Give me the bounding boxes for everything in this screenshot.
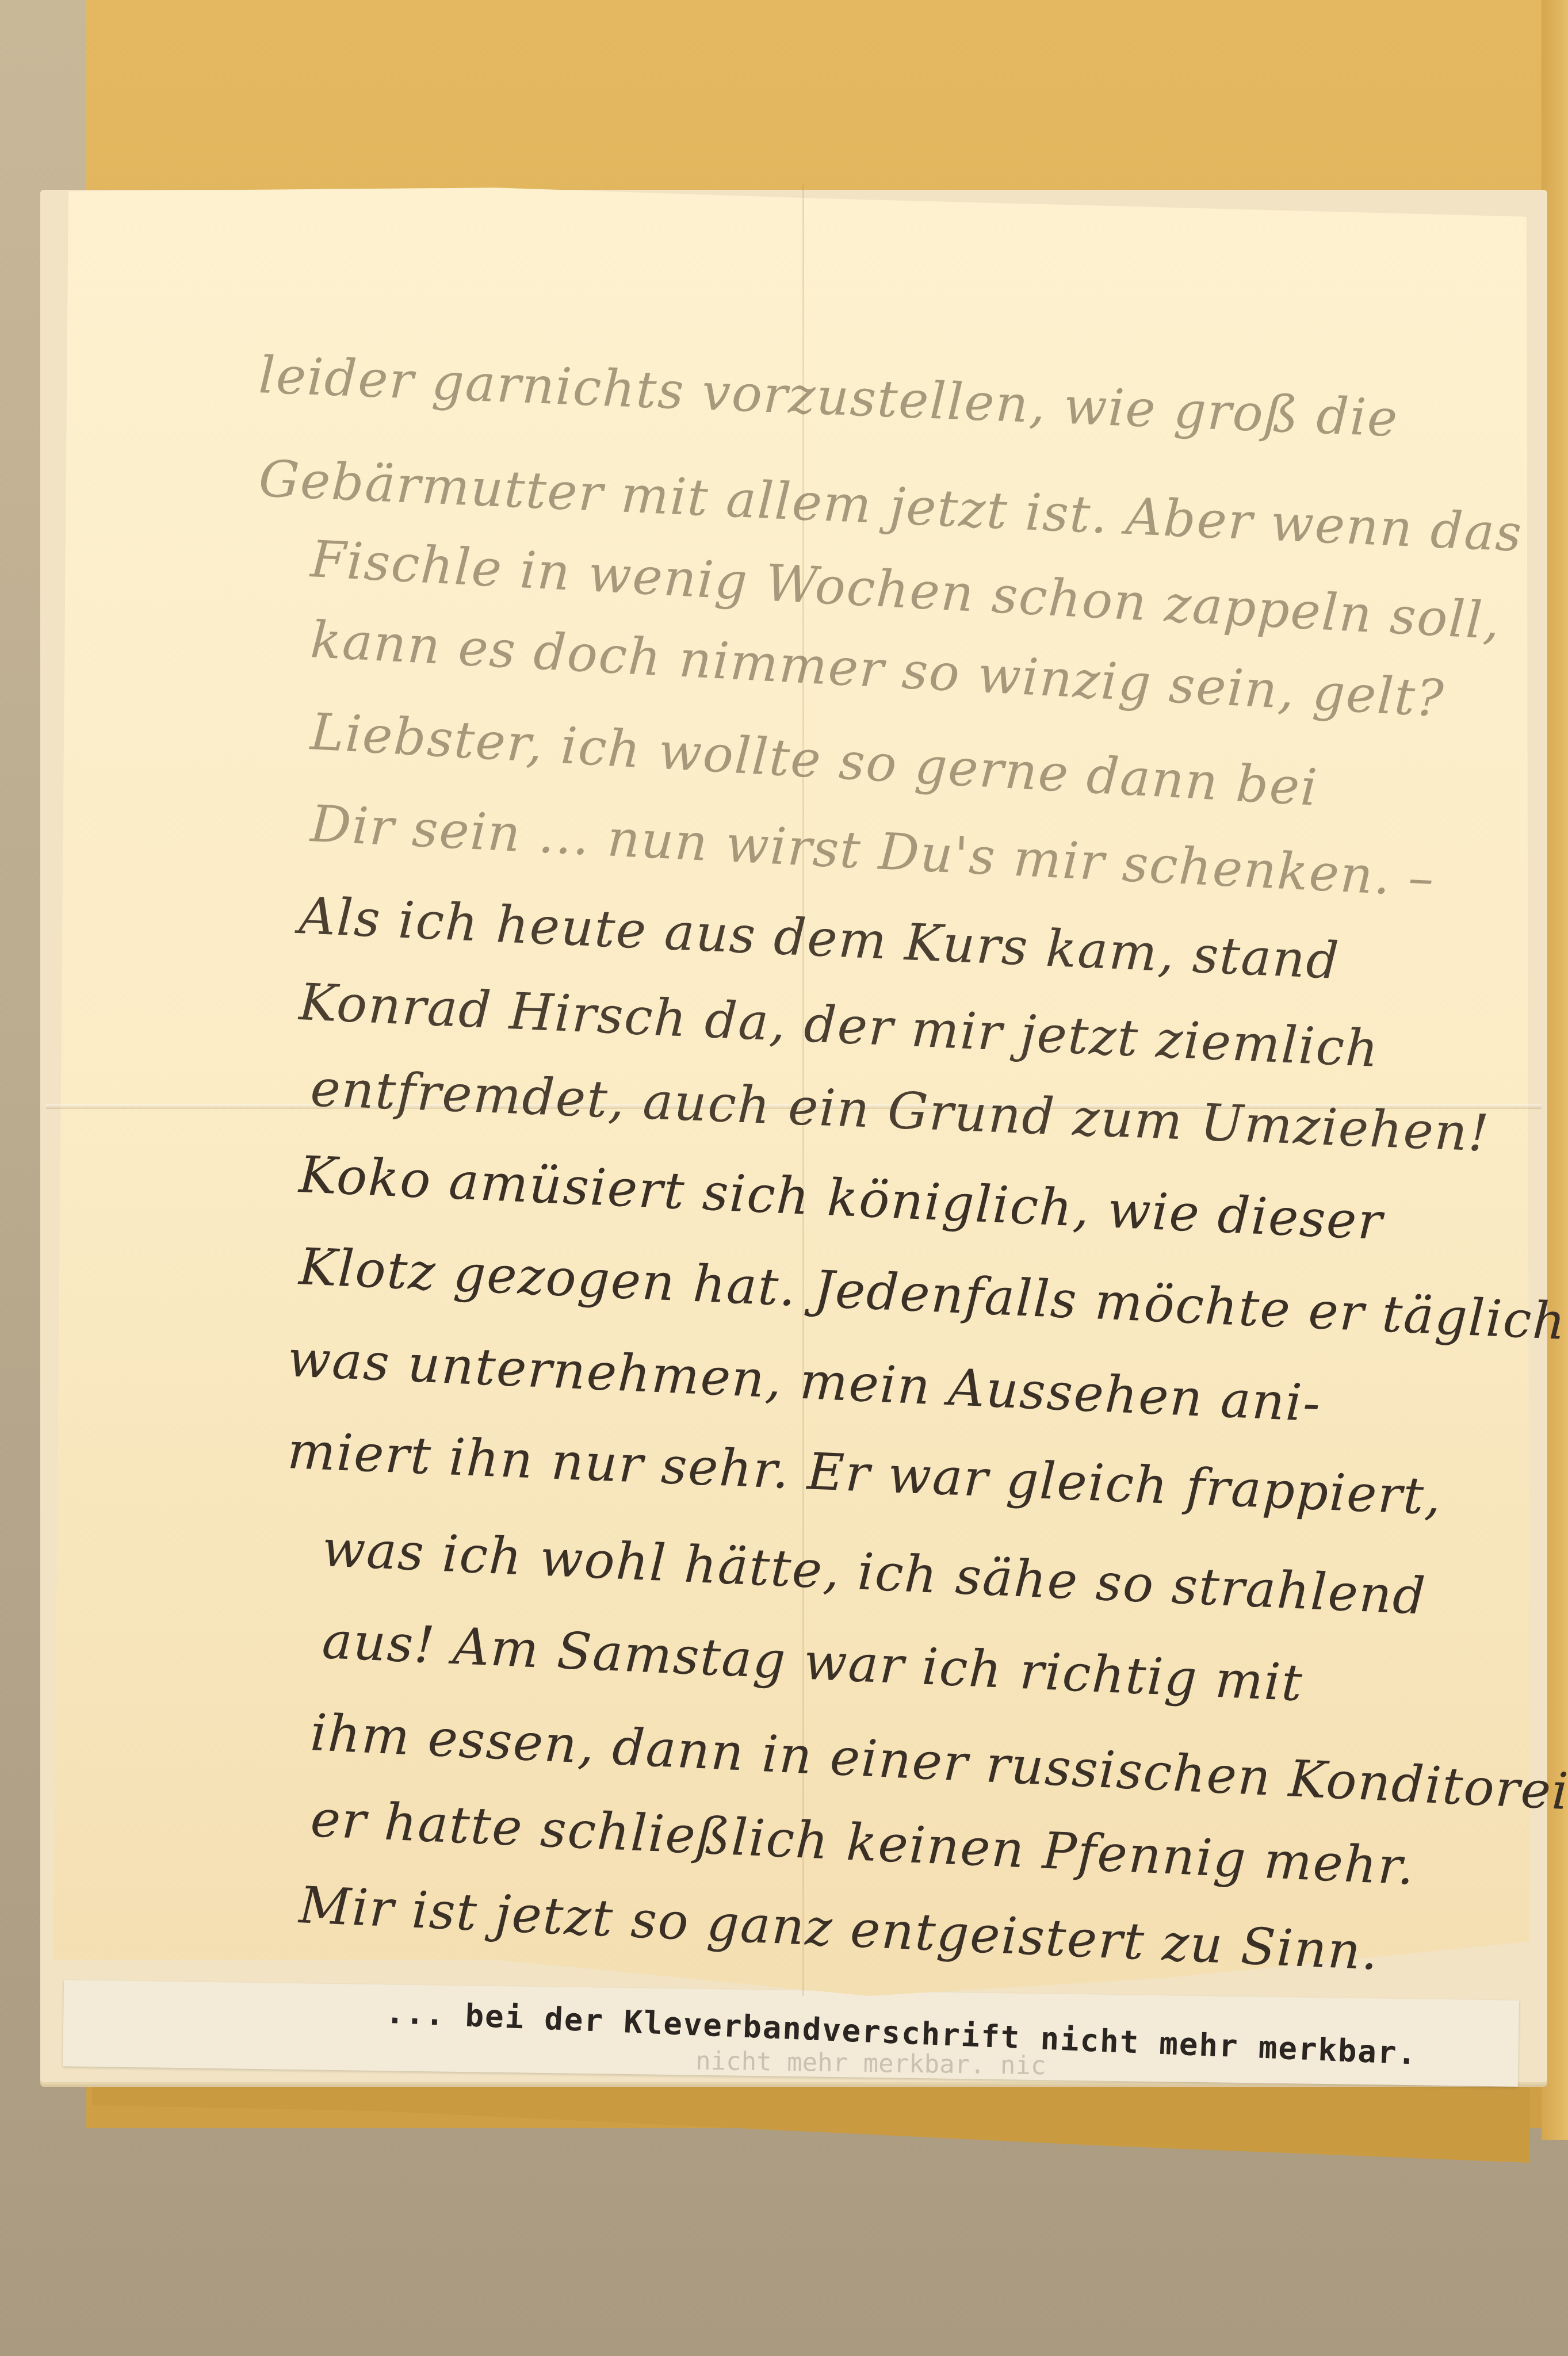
handwritten-line: Konrad Hirsch da, der mir jetzt ziemlich (298, 972, 1380, 1078)
handwritten-line: Mir ist jetzt so ganz entgeistert zu Sin… (298, 1875, 1380, 1982)
handwritten-line: miert ihn nur sehr. Er war gleich frappi… (286, 1421, 1443, 1527)
handwritten-line: Als ich heute aus dem Kurs kam, stand (298, 886, 1341, 990)
handwritten-line: aus! Am Samstag war ich richtig mit (321, 1611, 1305, 1712)
handwritten-line: leider garnichts vorzustellen, wie groß … (258, 345, 1399, 448)
handwritten-line: Koko amüsiert sich königlich, wie dieser (298, 1145, 1385, 1251)
handwritten-text: leider garnichts vorzustellen, wie groß … (0, 0, 1568, 2356)
handwritten-line: Liebster, ich wollte so gerne dann bei (309, 702, 1320, 817)
handwritten-line: was ich wohl hätte, ich sähe so strahlen… (321, 1519, 1428, 1626)
handwritten-line: was unternehmen, mein Aussehen ani- (286, 1329, 1322, 1433)
handwritten-line: Klotz gezogen hat. Jedenfalls möchte er … (298, 1237, 1567, 1351)
